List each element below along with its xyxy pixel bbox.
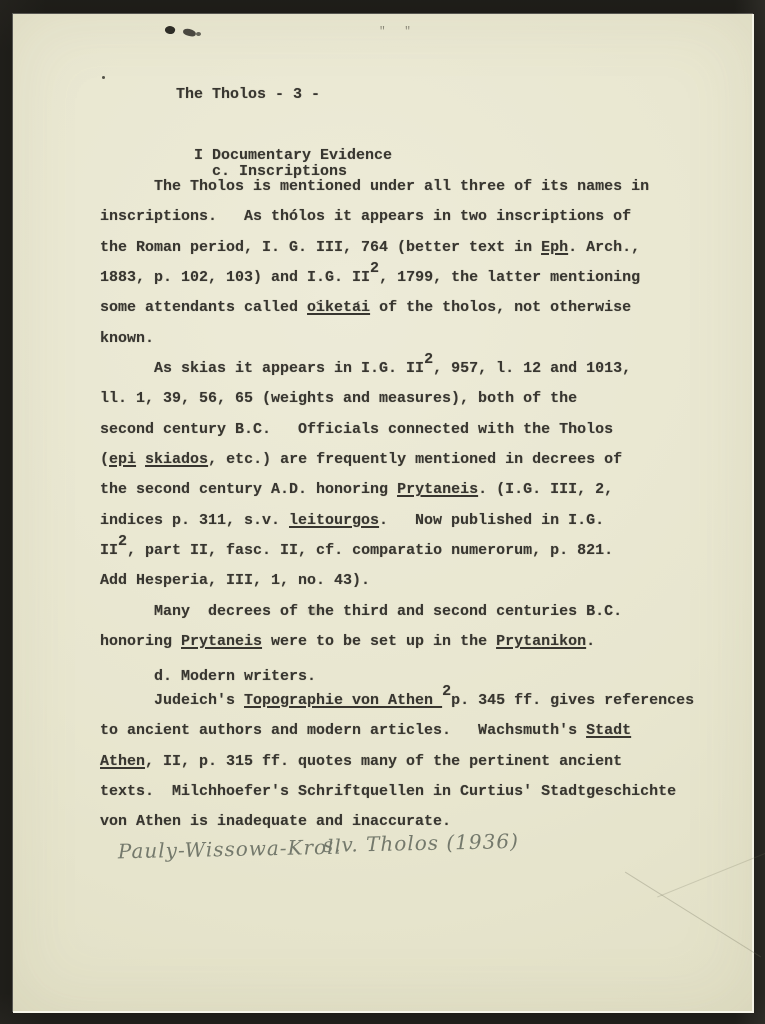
typed-line: the second century A.D. honoring Prytane… [100,475,649,505]
underlined-term: epi [109,451,136,468]
typed-line: The Tholos is mentioned under all three … [100,172,649,202]
underlined-term: Prytanikon [496,633,586,650]
typed-line: the Roman period, I. G. III, 764 (better… [100,233,649,263]
typed-text: Judeich's [100,692,244,709]
typed-text: , 957, l. 12 and 1013, [433,360,631,377]
underlined-term: Topographie von Athen [244,692,442,709]
underlined-term: Prytaneis [181,633,262,650]
stray-quote-marks: " " [379,26,417,38]
typed-text: I Documentary Evidence [194,147,392,164]
typed-line: II2, part II, fasc. II, cf. comparatio n… [100,536,649,566]
subsection-title: d. Modern writers. [100,668,694,686]
typed-text: second century B.C. Officials connected … [100,421,613,438]
underlined-term: oiketai [307,299,370,316]
section-title: I Documentary Evidence [122,131,392,148]
typed-text: 1883, p. 102, 103) and I.G. II [100,269,370,286]
typed-line: Many decrees of the third and second cen… [100,597,649,627]
typewriter-superscript: 2 [118,533,127,550]
typed-text: inscriptions. As thólos it appears in tw… [100,208,631,225]
underlined-term: Eph [541,239,568,256]
typed-line: ll. 1, 39, 56, 65 (weights and measures)… [100,384,649,414]
typed-text: The Tholos is mentioned under all three … [100,178,649,195]
typed-line: Judeich's Topographie von Athen 2p. 345 … [100,686,694,716]
typed-text [136,451,145,468]
typewriter-superscript: 2 [442,683,451,700]
ink-smudge [196,32,201,36]
typed-line: to ancient authors and modern articles. … [100,716,694,746]
underlined-term: Stadt [586,722,631,739]
typed-line: 1883, p. 102, 103) and I.G. II2, 1799, t… [100,263,649,293]
paper-speck [102,76,105,79]
typed-text: were to be set up in the [262,633,496,650]
ink-smudge [182,28,196,38]
underlined-term: skiados [145,451,208,468]
typed-line: Add Hesperia, III, 1, no. 43). [100,566,649,596]
typed-text: d. Modern writers. [100,668,316,685]
typed-line: indices p. 311, s.v. leitourgos. Now pub… [100,506,649,536]
typed-text: , 1799, the latter mentioning [379,269,640,286]
typed-line: second century B.C. Officials connected … [100,415,649,445]
typed-text: ll. 1, 39, 56, 65 (weights and measures)… [100,390,577,407]
typewriter-superscript: 2 [370,260,379,277]
typed-text: the second century A.D. honoring [100,481,397,498]
typed-text: ( [100,451,109,468]
typed-text: the Roman period, I. G. III, 764 (better… [100,239,541,256]
underlined-term: Prytaneis [397,481,478,498]
page-number-line: The Tholos - 3 - [176,86,320,103]
section-headings: I Documentary Evidence c. Inscriptions [122,131,392,164]
typed-text: . (I.G. III, 2, [478,481,613,498]
typed-text: . [586,633,595,650]
typed-text: p. 345 ff. gives references [451,692,694,709]
typed-text: , II, p. 315 ff. quotes many of the pert… [145,753,622,770]
typed-text: to ancient authors and modern articles. … [100,722,586,739]
typed-text: known. [100,330,154,347]
typed-line: texts. Milchhoefer's Schriftquellen in C… [100,777,694,807]
typed-text: von Athen is inadequate and inaccurate. [100,813,451,830]
typed-line: Athen, II, p. 315 ff. quotes many of the… [100,747,694,777]
ink-smudge [164,25,176,36]
typed-text: indices p. 311, s.v. [100,512,289,529]
scanned-page-photo: " " ´ ´ The Tholos - 3 - I Documentary E… [0,0,765,1024]
underlined-term: leitourgos [289,512,379,529]
typed-text: As skias it appears in I.G. II [100,360,424,377]
typed-text: some attendants called [100,299,307,316]
handwritten-reference: Pauly-Wissowa-Kroll [118,835,342,864]
underlined-term: Athen [100,753,145,770]
typed-text: honoring [100,633,181,650]
typed-text: , etc.) are frequently mentioned in decr… [208,451,622,468]
typed-text: Many decrees of the third and second cen… [100,603,622,620]
handwritten-citation: s.v. Tholos (1936) [323,829,520,857]
paper: " " ´ ´ The Tholos - 3 - I Documentary E… [13,14,754,1013]
typed-text: , part II, fasc. II, cf. comparatio nume… [127,542,613,559]
typed-text: texts. Milchhoefer's Schriftquellen in C… [100,783,676,800]
typed-line: honoring Prytaneis were to be set up in … [100,627,649,657]
typed-text: . Arch., [568,239,640,256]
paper-crease [625,872,761,958]
typed-text: II [100,542,118,559]
typed-line: (epi skiados, etc.) are frequently menti… [100,445,649,475]
modern-writers-block: d. Modern writers. Judeich's Topographie… [100,668,694,838]
page-header: The Tholos - 3 - [122,71,320,119]
typed-line: some attendants called oiketai of the th… [100,293,649,323]
typed-line: known. [100,324,649,354]
typed-text: of the tholos, not otherwise [370,299,631,316]
typed-line: As skias it appears in I.G. II2, 957, l.… [100,354,649,384]
body-text-block: The Tholos is mentioned under all three … [100,172,649,658]
typed-text: Add Hesperia, III, 1, no. 43). [100,572,370,589]
typed-line: inscriptions. As thólos it appears in tw… [100,202,649,232]
typed-text: . Now published in I.G. [379,512,604,529]
typewriter-superscript: 2 [424,351,433,368]
